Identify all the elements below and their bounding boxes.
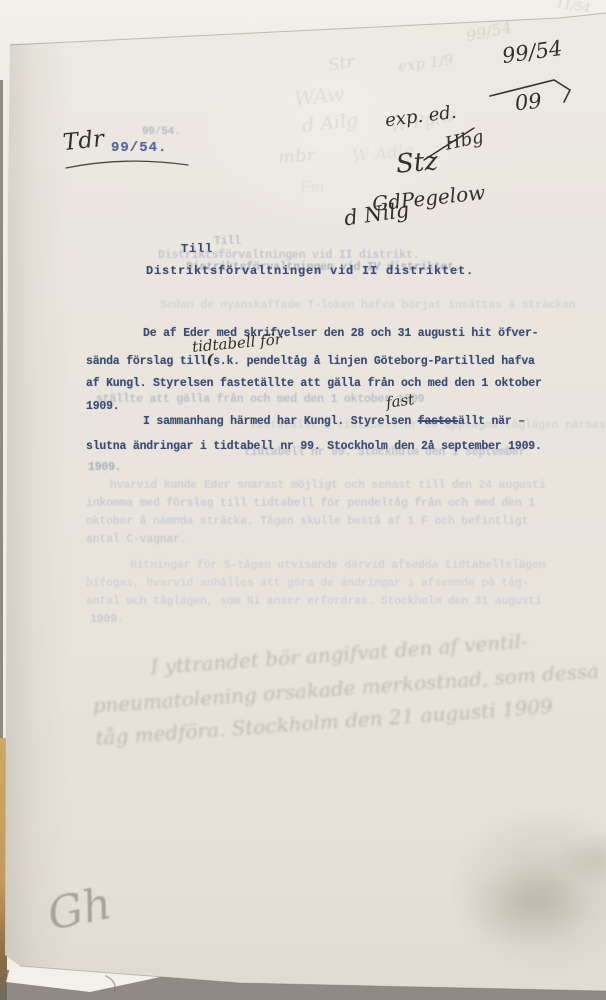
body-line: I sammanhang härmed har Kungl. Styrelsen…: [143, 416, 525, 428]
diary-number-stamp: 99/54.: [111, 141, 167, 155]
body-line-text: I sammanhang härmed har Kungl. Styrelsen: [143, 415, 418, 428]
salutation-ghost: Till: [214, 236, 241, 248]
pencil-ghost-note: WAw: [293, 83, 345, 108]
handwritten-insertion-fast: fast: [385, 392, 415, 411]
body-line: sända förslag till(s.k. pendeltåg å linj…: [86, 353, 535, 368]
bleedthrough-date: 1909.: [88, 462, 122, 474]
bleedthrough-line: inkomma med förslag till tidtabell för p…: [86, 498, 535, 510]
bleedthrough-line: antal och tåglägen, som Ni anser erfordr…: [86, 596, 542, 608]
body-line: af Kungl. Styrelsen fastetällte att gäll…: [86, 378, 542, 390]
bleedthrough-line: 1909.: [90, 614, 124, 626]
pencil-ghost-note: mbr: [277, 147, 315, 168]
body-line: slutna ändringar i tidtabell nr 99. Stoc…: [86, 441, 542, 453]
bleedthrough-line: antal C-vagnar.: [86, 534, 187, 546]
bleedthrough-line: Sedan de nyanskaffade T-loken hafva börj…: [160, 300, 575, 312]
monogram-signature: Stz: [395, 148, 439, 178]
pencil-ghost-note: Fm: [300, 179, 326, 196]
pencil-tick-stroke: [104, 974, 128, 994]
diary-underline-stroke: [64, 158, 190, 172]
pencil-initials: Gh: [44, 882, 115, 938]
bleedthrough-line: oktober å nämnda sträcka. Tågen skulle b…: [86, 516, 528, 528]
bleedthrough-line: Ritningar för 5-tågen utvisande därvid a…: [130, 560, 545, 572]
salutation-line1: Till: [181, 243, 213, 255]
body-line-text: s.k. pendeltåg å linjen Göteborg-Partill…: [213, 355, 535, 368]
scanned-letter-photo: Str exp 1/9 WAw d Ailg W Pglw mbr W Adlg…: [0, 0, 606, 1000]
bleedthrough-line: hvarvid kunde Eder snarast möjligt och s…: [110, 480, 546, 492]
diary-prefix-handwritten: Tdr: [62, 128, 105, 155]
bleedthrough-line: ställte att gälla från och med den 1 okt…: [96, 394, 424, 406]
diary-number-ghost: 99/54.: [142, 127, 180, 138]
body-line-text: sända förslag till: [86, 355, 207, 368]
pencil-ghost-note: Str: [327, 54, 356, 75]
struck-word: fastet: [418, 415, 458, 428]
salutation-line2: Distriktsförvaltningen vid II distriktet…: [146, 265, 474, 277]
body-line-text: ällt när –: [458, 415, 525, 428]
bleedthrough-line: bifogas, hvarvid anhålles att göra de än…: [86, 578, 528, 590]
corner-number-bottom: 09: [514, 91, 543, 115]
